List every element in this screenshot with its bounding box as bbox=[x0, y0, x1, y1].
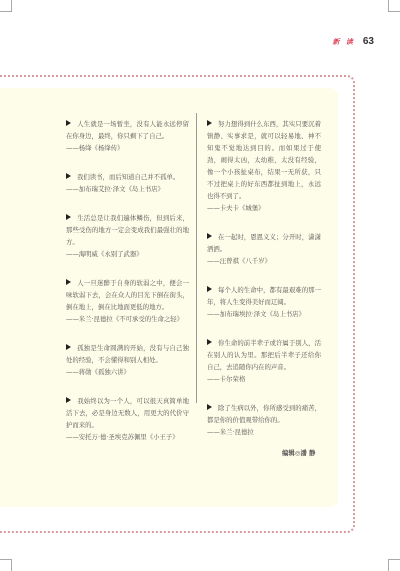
quote-item: 人生就是一场暂坐，没有人能永远停留在你身边，最终，你只剩下了自己。 ——杨绛《杨… bbox=[66, 118, 189, 154]
triangle-bullet-icon bbox=[207, 233, 212, 239]
crop-mark-top-left bbox=[0, 0, 12, 12]
left-column: 人生就是一场暂坐，没有人能永远停留在你身边，最终，你只剩下了自己。 ——杨绛《杨… bbox=[66, 118, 189, 460]
quote-text: 我始终以为一个人，可以很天真简单地活下去，必是身边无数人，用更大的代价守护而来的… bbox=[66, 397, 189, 429]
right-column: 努力想得到什么东西，其实只要沉着镇静、实事求是，就可以轻易地、神不知鬼不觉地达到… bbox=[207, 118, 321, 455]
editor-credit: 编辑◎潘 静 bbox=[282, 448, 315, 457]
triangle-bullet-icon bbox=[66, 173, 71, 179]
triangle-bullet-icon bbox=[66, 344, 71, 350]
quote-text: 孤独是生命圆满的开始，没有与自己独处的经验，不会懂得和别人相处。 bbox=[66, 344, 189, 364]
triangle-bullet-icon bbox=[66, 279, 71, 285]
triangle-bullet-icon bbox=[207, 404, 212, 410]
quote-source: ——汪曾祺《八千岁》 bbox=[207, 255, 321, 267]
quote-source: ——海明威《永别了武器》 bbox=[66, 248, 189, 260]
triangle-bullet-icon bbox=[66, 120, 71, 126]
quote-item: 努力想得到什么东西，其实只要沉着镇静、实事求是，就可以轻易地、神不知鬼不觉地达到… bbox=[207, 118, 321, 214]
triangle-bullet-icon bbox=[66, 214, 71, 220]
triangle-bullet-icon bbox=[207, 120, 212, 126]
quote-text: 每个人的生命中，都有最艰难的那一年，将人生变得美好而辽阔。 bbox=[207, 286, 321, 306]
quote-source: ——卡尔荣格 bbox=[207, 373, 321, 385]
quote-text: 努力想得到什么东西，其实只要沉着镇静、实事求是，就可以轻易地、神不知鬼不觉地达到… bbox=[207, 120, 321, 200]
quote-text: 在一起时，恩恩义义；分开时，潇潇洒洒。 bbox=[207, 233, 321, 253]
section-label: 新 读 bbox=[332, 37, 354, 47]
triangle-bullet-icon bbox=[207, 339, 212, 345]
quote-source: ——蒋勋《孤独六讲》 bbox=[66, 366, 189, 378]
quote-text: 人一旦迷醉于自身的软弱之中，便会一味软弱下去，会在众人的目光下倒在街头，倒在地上… bbox=[66, 279, 189, 311]
crop-mark-top-right bbox=[388, 0, 400, 12]
quote-item: 我始终以为一个人，可以很天真简单地活下去，必是身边无数人，用更大的代价守护而来的… bbox=[66, 395, 189, 443]
crop-mark-bottom-left bbox=[0, 559, 12, 571]
quote-source: ——卡夫卡《城堡》 bbox=[207, 202, 321, 214]
quote-source: ——安托万·德·圣埃克苏佩里《小王子》 bbox=[66, 431, 189, 443]
quote-text: 生活总是让我们遍体鳞伤，但到后来，那些受伤的地方一定会变成我们最强壮的地方。 bbox=[66, 214, 189, 246]
quote-item: 生活总是让我们遍体鳞伤，但到后来，那些受伤的地方一定会变成我们最强壮的地方。 —… bbox=[66, 212, 189, 260]
quote-item: 每个人的生命中，都有最艰难的那一年，将人生变得美好而辽阔。 ——加布瑞埃拉·泽文… bbox=[207, 284, 321, 320]
quote-item: 人一旦迷醉于自身的软弱之中，便会一味软弱下去，会在众人的目光下倒在街头，倒在地上… bbox=[66, 277, 189, 325]
quote-text: 人生就是一场暂坐，没有人能永远停留在你身边，最终，你只剩下了自己。 bbox=[66, 120, 189, 140]
quote-item: 除了生病以外，你所感受到的痛苦，都是你的价值观带给你的。 ——米兰·昆德拉 bbox=[207, 402, 321, 438]
triangle-bullet-icon bbox=[66, 397, 71, 403]
quote-text: 我们读书，而后知道自己并不孤单。 bbox=[77, 173, 179, 181]
crop-mark-bottom-right bbox=[388, 559, 400, 571]
quote-source: ——加布瑞艾拉·泽文《岛上书店》 bbox=[66, 183, 189, 195]
quote-item: 在一起时，恩恩义义；分开时，潇潇洒洒。 ——汪曾祺《八千岁》 bbox=[207, 231, 321, 267]
quote-source: ——米兰·昆德拉《不可承受的生命之轻》 bbox=[66, 313, 189, 325]
column-divider bbox=[196, 113, 197, 403]
quote-item: 你生命的前半辈子或许属于别人，活在别人的认为里。那把后半辈子还给你自己，去追随你… bbox=[207, 337, 321, 385]
page-header: 新 读 63 bbox=[332, 36, 374, 47]
triangle-bullet-icon bbox=[207, 286, 212, 292]
quote-source: ——米兰·昆德拉 bbox=[207, 426, 321, 438]
quote-text: 你生命的前半辈子或许属于别人，活在别人的认为里。那把后半辈子还给你自己，去追随你… bbox=[207, 339, 321, 371]
quote-item: 孤独是生命圆满的开始，没有与自己独处的经验，不会懂得和别人相处。 ——蒋勋《孤独… bbox=[66, 342, 189, 378]
quote-text: 除了生病以外，你所感受到的痛苦，都是你的价值观带给你的。 bbox=[207, 404, 321, 424]
page-number: 63 bbox=[363, 36, 374, 47]
quote-item: 我们读书，而后知道自己并不孤单。 ——加布瑞艾拉·泽文《岛上书店》 bbox=[66, 171, 189, 195]
quote-source: ——加布瑞埃拉·泽文《岛上书店》 bbox=[207, 308, 321, 320]
quote-source: ——杨绛《杨绛传》 bbox=[66, 142, 189, 154]
